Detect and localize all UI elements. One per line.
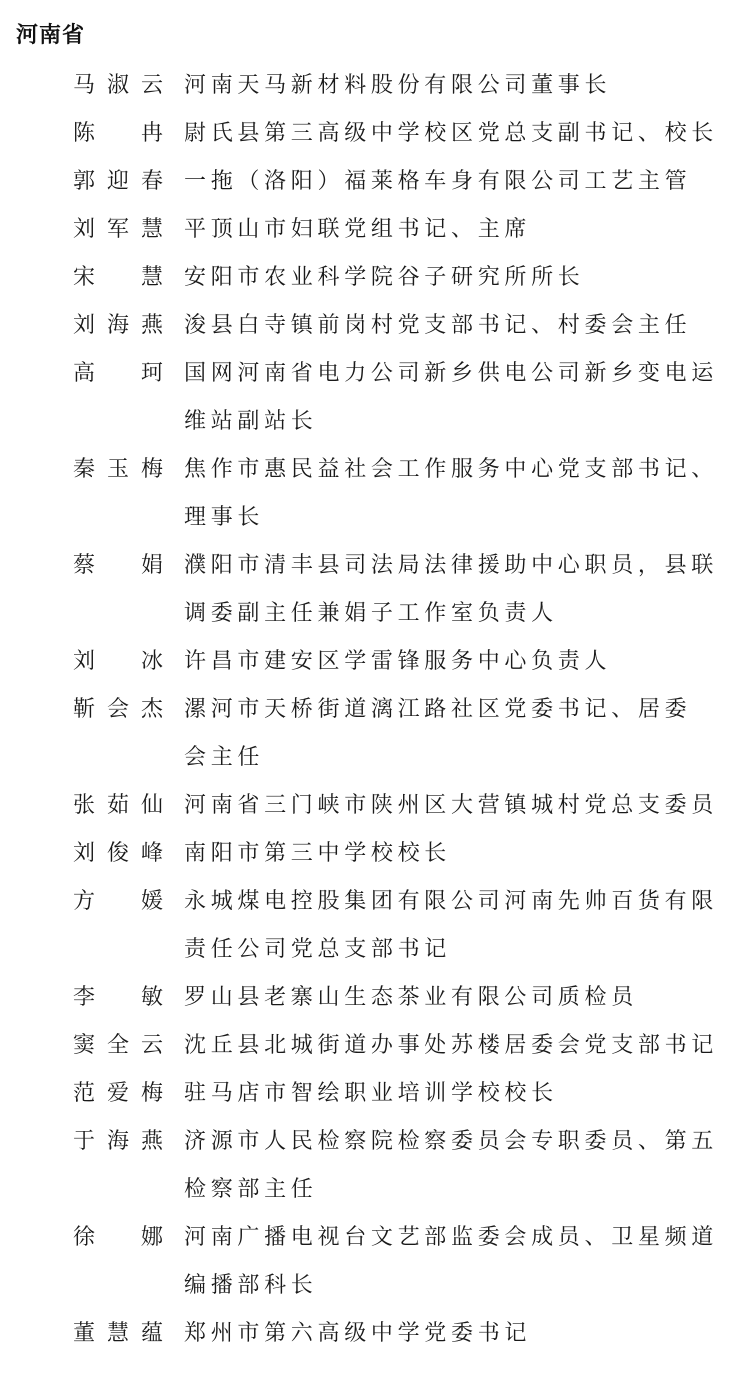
name-char: 全 xyxy=(107,1022,129,1070)
name-char: 娟 xyxy=(141,542,163,590)
position-description: 罗山县老寨山生态茶业有限公司质检员 xyxy=(184,974,750,1022)
list-item: 刘军慧平顶山市妇联党组书记、主席 xyxy=(0,206,750,254)
name-char: 宋 xyxy=(73,254,95,302)
name-char: 刘 xyxy=(73,638,95,686)
list-item: 蔡娟濮阳市清丰县司法局法律援助中心职员，县联调委副主任兼娟子工作室负责人 xyxy=(0,542,750,638)
list-item: 刘海燕浚县白寺镇前岗村党支部书记、村委会主任 xyxy=(0,302,750,350)
name-char: 玉 xyxy=(107,446,129,494)
position-description: 许昌市建安区学雷锋服务中心负责人 xyxy=(184,638,750,686)
person-name: 于海燕 xyxy=(73,1118,163,1166)
list-item: 宋慧安阳市农业科学院谷子研究所所长 xyxy=(0,254,750,302)
name-char: 高 xyxy=(73,350,95,398)
person-name: 范爱梅 xyxy=(73,1070,163,1118)
list-item: 李敏罗山县老寨山生态茶业有限公司质检员 xyxy=(0,974,750,1022)
position-description: 维站副站长 xyxy=(184,398,750,446)
name-char: 茹 xyxy=(107,782,129,830)
name-char: 郭 xyxy=(73,158,95,206)
position-description: 理事长 xyxy=(184,494,750,542)
position-description: 国网河南省电力公司新乡供电公司新乡变电运 xyxy=(184,350,750,398)
position-description: 检察部主任 xyxy=(184,1166,750,1214)
name-char: 杰 xyxy=(141,686,163,734)
name-char: 梅 xyxy=(141,1070,163,1118)
name-char: 蕴 xyxy=(141,1310,163,1358)
position-description: 一拖（洛阳）福莱格车身有限公司工艺主管 xyxy=(184,158,750,206)
position-description: 编播部科长 xyxy=(184,1262,750,1310)
position-description: 济源市人民检察院检察委员会专职委员、第五 xyxy=(184,1118,750,1166)
name-char: 徐 xyxy=(73,1214,95,1262)
position-description: 漯河市天桥街道漓江路社区党委书记、居委 xyxy=(184,686,750,734)
position-description: 调委副主任兼娟子工作室负责人 xyxy=(184,590,750,638)
position-description: 南阳市第三中学校校长 xyxy=(184,830,750,878)
name-char: 秦 xyxy=(73,446,95,494)
name-char: 春 xyxy=(141,158,163,206)
person-name: 张茹仙 xyxy=(73,782,163,830)
name-char: 马 xyxy=(73,62,95,110)
position-description: 河南省三门峡市陕州区大营镇城村党总支委员 xyxy=(184,782,750,830)
honoree-list: 马淑云河南天马新材料股份有限公司董事长陈冉尉氏县第三高级中学校区党总支副书记、校… xyxy=(0,62,750,1358)
name-char: 刘 xyxy=(73,206,95,254)
name-char: 窦 xyxy=(73,1022,95,1070)
position-description: 驻马店市智绘职业培训学校校长 xyxy=(184,1070,750,1118)
section-title: 河南省 xyxy=(16,18,85,49)
name-char: 刘 xyxy=(73,830,95,878)
person-name: 徐娜 xyxy=(73,1214,163,1262)
position-description: 平顶山市妇联党组书记、主席 xyxy=(184,206,750,254)
name-char: 珂 xyxy=(141,350,163,398)
name-char: 于 xyxy=(73,1118,95,1166)
person-name: 董慧蕴 xyxy=(73,1310,163,1358)
name-char: 冉 xyxy=(141,110,163,158)
position-description: 沈丘县北城街道办事处苏楼居委会党支部书记 xyxy=(184,1022,750,1070)
name-char: 云 xyxy=(141,62,163,110)
name-char: 俊 xyxy=(107,830,129,878)
name-char: 张 xyxy=(73,782,95,830)
list-item: 范爱梅驻马店市智绘职业培训学校校长 xyxy=(0,1070,750,1118)
name-char: 董 xyxy=(73,1310,95,1358)
person-name: 方媛 xyxy=(73,878,163,926)
name-char: 冰 xyxy=(141,638,163,686)
list-item: 窦全云沈丘县北城街道办事处苏楼居委会党支部书记 xyxy=(0,1022,750,1070)
name-char: 陈 xyxy=(73,110,95,158)
position-description: 河南广播电视台文艺部监委会成员、卫星频道 xyxy=(184,1214,750,1262)
person-name: 刘海燕 xyxy=(73,302,163,350)
position-description: 尉氏县第三高级中学校区党总支副书记、校长 xyxy=(184,110,750,158)
name-char: 燕 xyxy=(141,1118,163,1166)
name-char: 海 xyxy=(107,302,129,350)
name-char: 刘 xyxy=(73,302,95,350)
list-item: 靳会杰漯河市天桥街道漓江路社区党委书记、居委会主任 xyxy=(0,686,750,782)
list-item: 陈冉尉氏县第三高级中学校区党总支副书记、校长 xyxy=(0,110,750,158)
person-name: 李敏 xyxy=(73,974,163,1022)
position-description: 濮阳市清丰县司法局法律援助中心职员，县联 xyxy=(184,542,750,590)
name-char: 燕 xyxy=(141,302,163,350)
name-char: 慧 xyxy=(141,206,163,254)
person-name: 靳会杰 xyxy=(73,686,163,734)
list-item: 马淑云河南天马新材料股份有限公司董事长 xyxy=(0,62,750,110)
position-description: 安阳市农业科学院谷子研究所所长 xyxy=(184,254,750,302)
list-item: 于海燕济源市人民检察院检察委员会专职委员、第五检察部主任 xyxy=(0,1118,750,1214)
position-description: 会主任 xyxy=(184,734,750,782)
list-item: 郭迎春一拖（洛阳）福莱格车身有限公司工艺主管 xyxy=(0,158,750,206)
person-name: 秦玉梅 xyxy=(73,446,163,494)
list-item: 方媛永城煤电控股集团有限公司河南先帅百货有限责任公司党总支部书记 xyxy=(0,878,750,974)
position-description: 责任公司党总支部书记 xyxy=(184,926,750,974)
person-name: 陈冉 xyxy=(73,110,163,158)
name-char: 云 xyxy=(141,1022,163,1070)
name-char: 会 xyxy=(107,686,129,734)
name-char: 军 xyxy=(107,206,129,254)
position-description: 浚县白寺镇前岗村党支部书记、村委会主任 xyxy=(184,302,750,350)
person-name: 刘冰 xyxy=(73,638,163,686)
list-item: 刘俊峰南阳市第三中学校校长 xyxy=(0,830,750,878)
name-char: 方 xyxy=(73,878,95,926)
name-char: 海 xyxy=(107,1118,129,1166)
position-description: 永城煤电控股集团有限公司河南先帅百货有限 xyxy=(184,878,750,926)
name-char: 敏 xyxy=(141,974,163,1022)
name-char: 靳 xyxy=(73,686,95,734)
person-name: 宋慧 xyxy=(73,254,163,302)
name-char: 蔡 xyxy=(73,542,95,590)
list-item: 张茹仙河南省三门峡市陕州区大营镇城村党总支委员 xyxy=(0,782,750,830)
name-char: 李 xyxy=(73,974,95,1022)
name-char: 范 xyxy=(73,1070,95,1118)
name-char: 媛 xyxy=(141,878,163,926)
name-char: 迎 xyxy=(107,158,129,206)
name-char: 仙 xyxy=(141,782,163,830)
list-item: 高珂国网河南省电力公司新乡供电公司新乡变电运维站副站长 xyxy=(0,350,750,446)
list-item: 徐娜河南广播电视台文艺部监委会成员、卫星频道编播部科长 xyxy=(0,1214,750,1310)
name-char: 慧 xyxy=(141,254,163,302)
name-char: 梅 xyxy=(141,446,163,494)
name-char: 爱 xyxy=(107,1070,129,1118)
position-description: 河南天马新材料股份有限公司董事长 xyxy=(184,62,750,110)
position-description: 焦作市惠民益社会工作服务中心党支部书记、 xyxy=(184,446,750,494)
person-name: 刘军慧 xyxy=(73,206,163,254)
person-name: 高珂 xyxy=(73,350,163,398)
person-name: 马淑云 xyxy=(73,62,163,110)
list-item: 刘冰许昌市建安区学雷锋服务中心负责人 xyxy=(0,638,750,686)
name-char: 淑 xyxy=(107,62,129,110)
list-item: 秦玉梅焦作市惠民益社会工作服务中心党支部书记、理事长 xyxy=(0,446,750,542)
position-description: 郑州市第六高级中学党委书记 xyxy=(184,1310,750,1358)
name-char: 峰 xyxy=(141,830,163,878)
name-char: 娜 xyxy=(141,1214,163,1262)
person-name: 刘俊峰 xyxy=(73,830,163,878)
person-name: 蔡娟 xyxy=(73,542,163,590)
list-item: 董慧蕴郑州市第六高级中学党委书记 xyxy=(0,1310,750,1358)
person-name: 窦全云 xyxy=(73,1022,163,1070)
name-char: 慧 xyxy=(107,1310,129,1358)
person-name: 郭迎春 xyxy=(73,158,163,206)
